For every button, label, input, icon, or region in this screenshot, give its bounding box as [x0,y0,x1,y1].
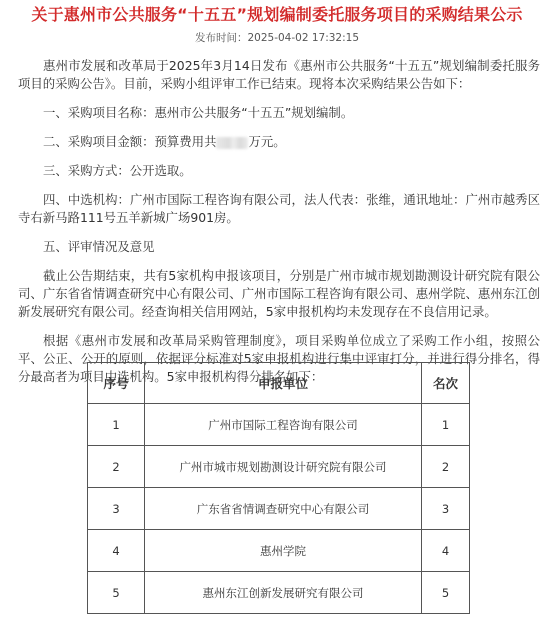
item-project-amount: 二、采购项目金额：预算费用共万元。 [18,133,540,151]
publish-time-label: 发布时间： [195,32,248,44]
cell-rank: 2 [422,446,470,488]
table-row: 4 惠州学院 4 [88,530,470,572]
cell-unit: 广州市城市规划勘测设计研究院有限公司 [145,446,422,488]
cell-rank: 3 [422,488,470,530]
cell-number: 1 [88,404,145,446]
intro-paragraph: 惠州市发展和改革局于2025年3月14日发布《惠州市公共服务“十五五”规划编制委… [18,57,540,93]
review-paragraph: 截止公告期结束，共有5家机构申报该项目，分别是广州市城市规划勘测设计研究院有限公… [18,267,540,321]
cell-number: 5 [88,572,145,614]
table-row: 3 广东省省情调查研究中心有限公司 3 [88,488,470,530]
cell-number: 4 [88,530,145,572]
amount-prefix: 二、采购项目金额：预算费用共 [43,134,216,149]
amount-suffix: 万元。 [248,134,285,149]
cell-rank: 1 [422,404,470,446]
header-unit: 申报单位 [145,363,422,404]
table-header-row: 序号 申报单位 名次 [88,363,470,404]
cell-number: 3 [88,488,145,530]
cell-unit: 广东省省情调查研究中心有限公司 [145,488,422,530]
redacted-amount [216,137,248,149]
cell-rank: 5 [422,572,470,614]
header-rank: 名次 [422,363,470,404]
cell-unit: 惠州学院 [145,530,422,572]
cell-number: 2 [88,446,145,488]
publish-time-value: 2025-04-02 17:32:15 [247,32,359,44]
header-number: 序号 [88,363,145,404]
article-body: 惠州市发展和改革局于2025年3月14日发布《惠州市公共服务“十五五”规划编制委… [18,57,540,397]
table-row: 1 广州市国际工程咨询有限公司 1 [88,404,470,446]
cell-unit: 惠州东江创新发展研究有限公司 [145,572,422,614]
publish-time: 发布时间：2025-04-02 17:32:15 [0,31,554,45]
item-project-name: 一、采购项目名称：惠州市公共服务“十五五”规划编制。 [18,104,540,122]
cell-unit: 广州市国际工程咨询有限公司 [145,404,422,446]
cell-rank: 4 [422,530,470,572]
item-review-heading: 五、评审情况及意见 [18,238,540,256]
ranking-table: 序号 申报单位 名次 1 广州市国际工程咨询有限公司 1 2 广州市城市规划勘测… [87,362,470,614]
table-row: 2 广州市城市规划勘测设计研究院有限公司 2 [88,446,470,488]
item-procurement-method: 三、采购方式：公开选取。 [18,162,540,180]
item-selected-agency: 四、中选机构：广州市国际工程咨询有限公司，法人代表：张维，通讯地址：广州市越秀区… [18,191,540,227]
page-title: 关于惠州市公共服务“十五五”规划编制委托服务项目的采购结果公示 [0,4,554,26]
table-row: 5 惠州东江创新发展研究有限公司 5 [88,572,470,614]
